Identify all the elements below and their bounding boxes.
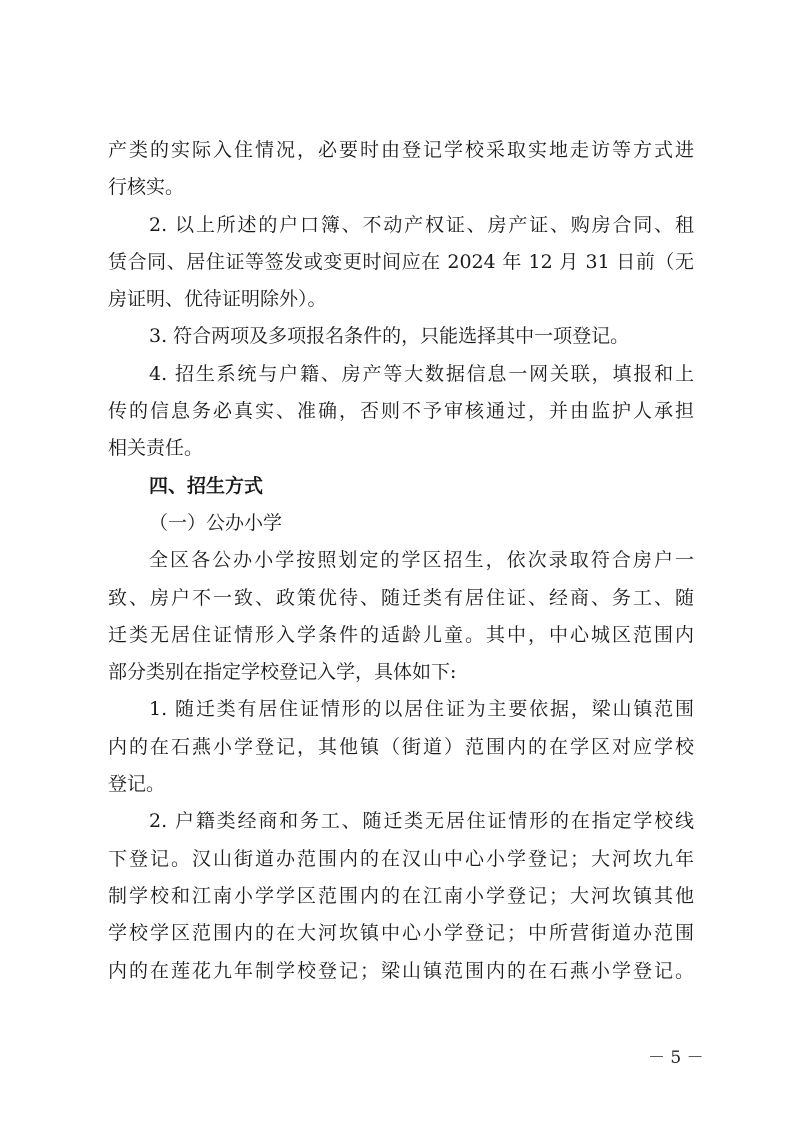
- list-item-3-line: 3. 符合两项及多项报名条件的，只能选择其中一项登记。: [108, 318, 694, 355]
- section-heading: 四、招生方式: [108, 468, 694, 505]
- list-item-1-line: 1. 随迁类有居住证情形的以居住证为主要依据，梁山镇范围: [108, 691, 694, 728]
- list-item-2b-line: 下登记。汉山街道办范围内的在汉山中心小学登记；大河坎九年: [108, 841, 694, 878]
- list-item-2-line: 房证明、优待证明除外）。: [108, 281, 694, 318]
- paragraph-line: 行核实。: [108, 169, 694, 206]
- paragraph-line: 全区各公办小学按照划定的学区招生，依次录取符合房户一: [108, 542, 694, 579]
- paragraph-line: 产类的实际入住情况，必要时由登记学校采取实地走访等方式进: [108, 132, 694, 169]
- list-item-1-line: 内的在石燕小学登记，其他镇（街道）范围内的在学区对应学校: [108, 729, 694, 766]
- list-item-1-line: 登记。: [108, 766, 694, 803]
- list-item-2b-line: 学校学区范围内的在大河坎镇中心小学登记；中所营街道办范围: [108, 915, 694, 952]
- list-item-4-line: 相关责任。: [108, 430, 694, 467]
- list-item-2-line: 2. 以上所述的户口簿、不动产权证、房产证、购房合同、租: [108, 207, 694, 244]
- list-item-4-line: 4. 招生系统与户籍、房产等大数据信息一网关联，填报和上: [108, 356, 694, 393]
- list-item-2-line: 赁合同、居住证等签发或变更时间应在 2024 年 12 月 31 日前（无: [108, 244, 694, 281]
- paragraph-line: 部分类别在指定学校登记入学，具体如下:: [108, 654, 694, 691]
- list-item-4-line: 传的信息务必真实、准确，否则不予审核通过，并由监护人承担: [108, 393, 694, 430]
- paragraph-line: 致、房户不一致、政策优待、随迁类有居住证、经商、务工、随: [108, 580, 694, 617]
- document-page: 产类的实际入住情况，必要时由登记学校采取实地走访等方式进 行核实。 2. 以上所…: [0, 0, 792, 1121]
- list-item-2b-line: 2. 户籍类经商和务工、随迁类无居住证情形的在指定学校线: [108, 803, 694, 840]
- paragraph-line: 迁类无居住证情形入学条件的适龄儿童。其中，中心城区范围内: [108, 617, 694, 654]
- subsection-heading: （一）公办小学: [108, 505, 694, 542]
- page-number: － 5 －: [648, 1043, 704, 1068]
- document-body: 产类的实际入住情况，必要时由登记学校采取实地走访等方式进 行核实。 2. 以上所…: [108, 132, 694, 990]
- list-item-2b-line: 制学校和江南小学学区范围内的在江南小学登记；大河坎镇其他: [108, 878, 694, 915]
- list-item-2b-line: 内的在莲花九年制学校登记；梁山镇范围内的在石燕小学登记。: [108, 953, 694, 990]
